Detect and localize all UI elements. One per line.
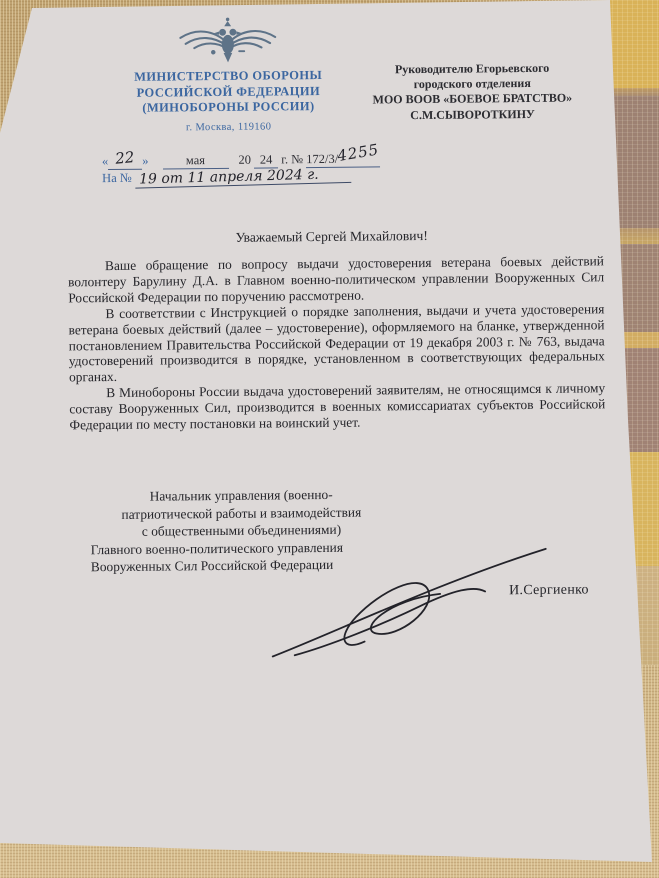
handwritten-day: 22 bbox=[107, 147, 143, 168]
year-prefix: 20 bbox=[238, 153, 251, 167]
typed-month: мая bbox=[162, 153, 228, 170]
close-quote: » bbox=[142, 154, 148, 168]
handwritten-number: 4255 bbox=[336, 140, 381, 165]
number-label: № bbox=[291, 152, 303, 166]
year-value: 24 bbox=[254, 152, 278, 168]
ministry-line-3: (МИНОБОРОНЫ РОССИИ) bbox=[92, 99, 364, 117]
reply-label: На № bbox=[102, 171, 132, 185]
letter-content: МИНИСТЕРСТВО ОБОРОНЫ РОССИЙСКОЙ ФЕДЕРАЦИ… bbox=[0, 0, 659, 878]
signer-title-line-2: патриотической работы и взаимодействия bbox=[90, 503, 392, 523]
paragraph-2: В соответствии с Инструкцией о порядке з… bbox=[68, 301, 605, 386]
photo-scene: МИНИСТЕРСТВО ОБОРОНЫ РОССИЙСКОЙ ФЕДЕРАЦИ… bbox=[0, 0, 659, 878]
outgoing-number-typed: 172/3/ bbox=[306, 152, 338, 166]
paragraph-1: Ваше обращение по вопросу выдачи удостов… bbox=[68, 253, 604, 306]
reply-reference-line: На № 19 от 11 апреля 2024 г. bbox=[102, 168, 351, 187]
double-headed-eagle-icon bbox=[176, 15, 280, 66]
salutation: Уважаемый Сергей Михайлович! bbox=[72, 226, 592, 247]
signer-name: И.Сергиенко bbox=[509, 582, 589, 599]
ministry-letterhead: МИНИСТЕРСТВО ОБОРОНЫ РОССИЙСКОЙ ФЕДЕРАЦИ… bbox=[92, 68, 364, 117]
handwritten-reply-reference: 19 от 11 апреля 2024 г. bbox=[135, 166, 351, 189]
letter-document: МИНИСТЕРСТВО ОБОРОНЫ РОССИЙСКОЙ ФЕДЕРАЦИ… bbox=[0, 0, 659, 878]
recipient-line-3: МОО ВООВ «БОЕВОЕ БРАТСТВО» bbox=[342, 91, 602, 109]
recipient-block: Руководителю Егорьевского городского отд… bbox=[342, 60, 603, 123]
recipient-line-4: С.М.СЫВОРОТКИНУ bbox=[342, 106, 602, 124]
year-suffix: г. bbox=[281, 152, 288, 166]
ministry-address: г. Москва, 119160 bbox=[93, 121, 365, 135]
letter-body: Ваше обращение по вопросу выдачи удостов… bbox=[68, 253, 606, 433]
handwritten-signature-icon bbox=[268, 544, 551, 663]
paragraph-3: В Минобороны России выдача удостоверений… bbox=[69, 381, 605, 434]
